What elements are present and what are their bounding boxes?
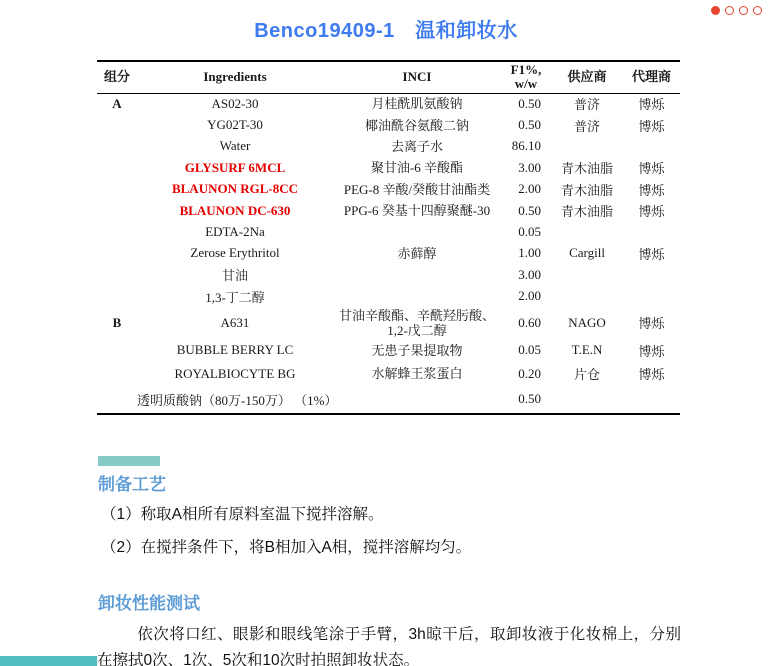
cell-ingredients: 甘油 <box>137 264 333 285</box>
cell-component <box>97 179 137 200</box>
cell-ingredients: Zerose Erythritol <box>137 243 333 264</box>
cell-component <box>97 157 137 178</box>
cell-ingredients: BUBBLE BERRY LC <box>137 339 333 362</box>
cell-ingredients: ROYALBIOCYTE BG <box>137 362 333 386</box>
table-row: BLAUNON RGL-8CC PEG-8 辛酸/癸酸甘油酯类 2.00 青木油… <box>97 179 680 200</box>
cell-f1: 0.20 <box>501 362 551 386</box>
cell-supplier <box>551 264 623 285</box>
header-component: 组分 <box>97 61 137 93</box>
header-f1: F1%, w/w <box>501 61 551 93</box>
cell-supplier <box>551 286 623 307</box>
cell-agent <box>623 264 680 285</box>
cell-ingredients: Water <box>137 136 333 157</box>
cell-inci: 甘油辛酸酯、辛酰羟肟酸、1,2-戊二醇 <box>333 307 501 339</box>
cell-agent: 博烁 <box>623 200 680 221</box>
pagination <box>711 6 762 15</box>
cell-inci <box>333 221 501 242</box>
table-row: A AS02-30 月桂酰肌氨酸钠 0.50 普济 博烁 <box>97 93 680 114</box>
cell-ingredients-highlight: BLAUNON DC-630 <box>137 200 333 221</box>
cell-supplier: 青木油脂 <box>551 157 623 178</box>
table-row: Zerose Erythritol 赤藓醇 1.00 Cargill 博烁 <box>97 243 680 264</box>
cell-f1: 0.50 <box>501 93 551 114</box>
cell-agent: 博烁 <box>623 243 680 264</box>
cell-ingredients: AS02-30 <box>137 93 333 114</box>
table-row: BUBBLE BERRY LC 无患子果提取物 0.05 T.E.N 博烁 <box>97 339 680 362</box>
cell-f1: 86.10 <box>501 136 551 157</box>
header-f1-line2: w/w <box>501 77 551 91</box>
cell-component <box>97 386 137 414</box>
cell-component <box>97 136 137 157</box>
cell-supplier: 青木油脂 <box>551 200 623 221</box>
cell-supplier: T.E.N <box>551 339 623 362</box>
header-supplier: 供应商 <box>551 61 623 93</box>
cell-agent: 博烁 <box>623 114 680 135</box>
cell-inci: 赤藓醇 <box>333 243 501 264</box>
cell-f1: 0.60 <box>501 307 551 339</box>
table-row: BLAUNON DC-630 PPG-6 癸基十四醇聚醚-30 0.50 青木油… <box>97 200 680 221</box>
cell-ingredients: 1,3-丁二醇 <box>137 286 333 307</box>
table-row: YG02T-30 椰油酰谷氨酸二钠 0.50 普济 博烁 <box>97 114 680 135</box>
cell-supplier: 片仓 <box>551 362 623 386</box>
cell-component: B <box>97 307 137 339</box>
cell-f1: 2.00 <box>501 179 551 200</box>
cell-component <box>97 200 137 221</box>
cell-supplier: NAGO <box>551 307 623 339</box>
cell-supplier: 普济 <box>551 93 623 114</box>
table-row: 1,3-丁二醇 2.00 <box>97 286 680 307</box>
test-paragraph: 依次将口红、眼影和眼线笔涂于手臂，3h晾干后，取卸妆液于化妆棉上，分别在擦拭0次… <box>97 622 681 666</box>
cell-component: A <box>97 93 137 114</box>
cell-supplier: Cargill <box>551 243 623 264</box>
cell-supplier: 普济 <box>551 114 623 135</box>
cell-inci <box>333 264 501 285</box>
page-title: Benco19409-1 温和卸妆水 <box>0 18 772 44</box>
table-row: Water 去离子水 86.10 <box>97 136 680 157</box>
footer-teal-bar <box>0 656 97 666</box>
teal-accent-bar <box>98 456 160 466</box>
cell-f1: 3.00 <box>501 264 551 285</box>
cell-ingredients-highlight: GLYSURF 6MCL <box>137 157 333 178</box>
cell-supplier <box>551 386 623 414</box>
cell-agent: 博烁 <box>623 157 680 178</box>
cell-agent <box>623 221 680 242</box>
cell-supplier <box>551 221 623 242</box>
cell-supplier: 青木油脂 <box>551 179 623 200</box>
cell-agent: 博烁 <box>623 362 680 386</box>
table-row: 甘油 3.00 <box>97 264 680 285</box>
cell-f1: 0.50 <box>501 114 551 135</box>
header-ingredients: Ingredients <box>137 61 333 93</box>
cell-f1: 0.50 <box>501 200 551 221</box>
cell-inci: 无患子果提取物 <box>333 339 501 362</box>
cell-agent <box>623 136 680 157</box>
cell-inci <box>333 286 501 307</box>
process-step-2: （2）在搅拌条件下，将B相加入A相，搅拌溶解均匀。 <box>101 535 772 561</box>
cell-inci: 去离子水 <box>333 136 501 157</box>
header-inci: INCI <box>333 61 501 93</box>
section-heading-process: 制备工艺 <box>98 475 772 495</box>
pagination-dot-1[interactable] <box>711 6 720 15</box>
cell-f1: 0.05 <box>501 221 551 242</box>
pagination-dot-2[interactable] <box>725 6 734 15</box>
cell-supplier <box>551 136 623 157</box>
table-row: GLYSURF 6MCL 聚甘油-6 辛酸酯 3.00 青木油脂 博烁 <box>97 157 680 178</box>
cell-agent <box>623 386 680 414</box>
cell-ingredients: A631 <box>137 307 333 339</box>
cell-agent: 博烁 <box>623 307 680 339</box>
cell-inci: PPG-6 癸基十四醇聚醚-30 <box>333 200 501 221</box>
cell-inci: 椰油酰谷氨酸二钠 <box>333 114 501 135</box>
pagination-dot-3[interactable] <box>739 6 748 15</box>
cell-component <box>97 264 137 285</box>
header-f1-line1: F1%, <box>501 63 551 77</box>
cell-component <box>97 362 137 386</box>
cell-ingredients: EDTA-2Na <box>137 221 333 242</box>
cell-component <box>97 286 137 307</box>
table-row: EDTA-2Na 0.05 <box>97 221 680 242</box>
cell-component <box>97 339 137 362</box>
cell-agent: 博烁 <box>623 339 680 362</box>
cell-component <box>97 243 137 264</box>
table-row: ROYALBIOCYTE BG 水解蜂王浆蛋白 0.20 片仓 博烁 <box>97 362 680 386</box>
cell-component <box>97 221 137 242</box>
section-heading-test: 卸妆性能测试 <box>98 594 772 614</box>
formula-table: 组分 Ingredients INCI F1%, w/w 供应商 代理商 A A… <box>97 60 680 415</box>
cell-inci: 聚甘油-6 辛酸酯 <box>333 157 501 178</box>
cell-inci: PEG-8 辛酸/癸酸甘油酯类 <box>333 179 501 200</box>
pagination-dot-4[interactable] <box>753 6 762 15</box>
cell-component <box>97 114 137 135</box>
cell-f1: 3.00 <box>501 157 551 178</box>
cell-agent: 博烁 <box>623 179 680 200</box>
cell-f1: 1.00 <box>501 243 551 264</box>
cell-f1: 0.05 <box>501 339 551 362</box>
cell-inci: 水解蜂王浆蛋白 <box>333 362 501 386</box>
table-row: B A631 甘油辛酸酯、辛酰羟肟酸、1,2-戊二醇 0.60 NAGO 博烁 <box>97 307 680 339</box>
process-step-1: （1）称取A相所有原料室温下搅拌溶解。 <box>101 502 772 528</box>
cell-agent: 博烁 <box>623 93 680 114</box>
cell-inci <box>333 386 501 414</box>
cell-f1: 0.50 <box>501 386 551 414</box>
table-header-row: 组分 Ingredients INCI F1%, w/w 供应商 代理商 <box>97 61 680 93</box>
table-row: 透明质酸钠（80万-150万） （1%） 0.50 <box>97 386 680 414</box>
cell-f1: 2.00 <box>501 286 551 307</box>
cell-ingredients: 透明质酸钠（80万-150万） （1%） <box>137 386 333 414</box>
header-agent: 代理商 <box>623 61 680 93</box>
cell-inci: 月桂酰肌氨酸钠 <box>333 93 501 114</box>
cell-ingredients-highlight: BLAUNON RGL-8CC <box>137 179 333 200</box>
cell-ingredients: YG02T-30 <box>137 114 333 135</box>
cell-agent <box>623 286 680 307</box>
